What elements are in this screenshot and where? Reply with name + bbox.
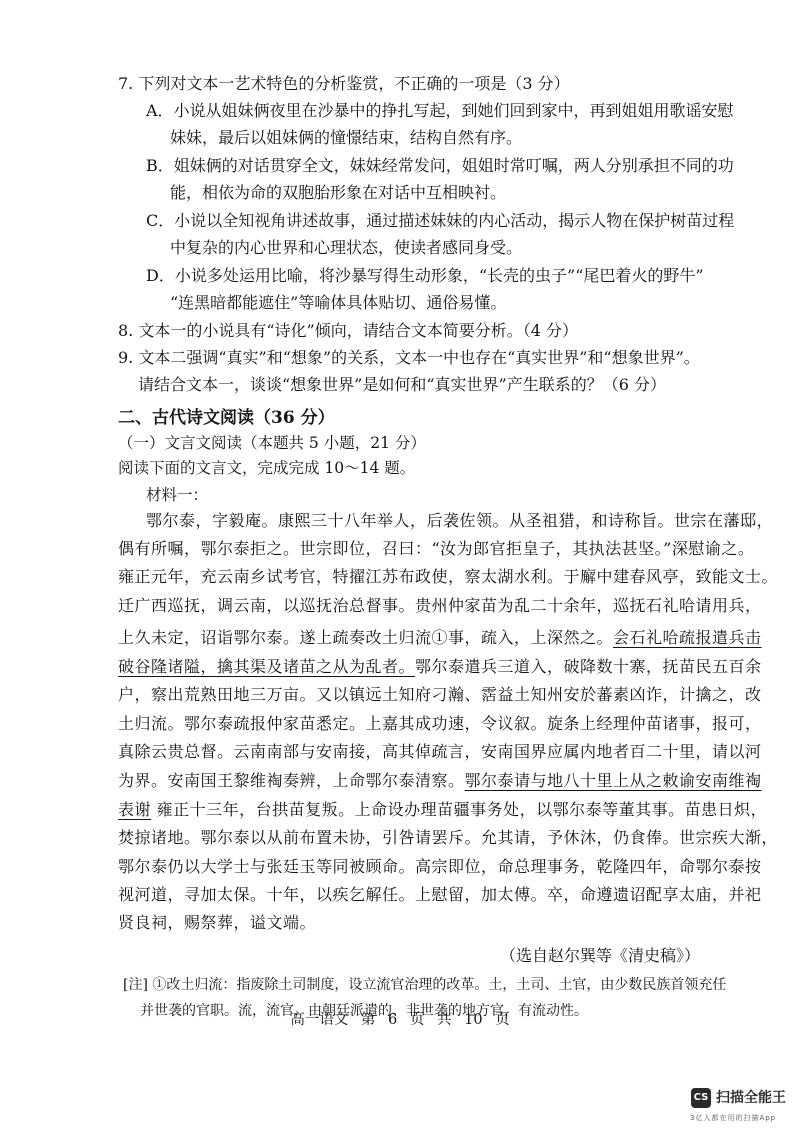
camscanner-slogan: 3亿人都在用的扫描App bbox=[690, 1113, 776, 1123]
material-label: 材料一： bbox=[146, 484, 208, 506]
option-a-line2: 妹妹，最后以姐妹俩的憧憬结束，结构自然有序。 bbox=[170, 127, 522, 149]
exam-page: 7. 下列对文本一艺术特色的分析鉴赏，不正确的一项是（3 分） A．小说从姐妹俩… bbox=[0, 0, 800, 1132]
subsection-title: （一）文言文阅读（本题共 5 小题，21 分） bbox=[118, 432, 426, 454]
question-8: 8. 文本一的小说具有“诗化”倾向，请结合文本简要分析。（4 分） bbox=[118, 320, 578, 342]
option-a-line1: A．小说从姐妹俩夜里在沙暴中的挣扎写起，到她们回到家中，再到姐姐用歌谣安慰 bbox=[146, 100, 734, 122]
question-7-stem: 7. 下列对文本一艺术特色的分析鉴赏，不正确的一项是（3 分） bbox=[118, 73, 570, 95]
instruction: 阅读下面的文言文，完成完成 10～14 题。 bbox=[118, 457, 415, 479]
text-line: 户，察出荒熟田地三万亩。又以镇远土知府刁瀚、霑益土知州安於蕃素凶诈，计擒之，改 bbox=[118, 684, 762, 706]
footnote-line1: [注] ①改土归流：指废除土司制度，设立流官治理的改革。土，土司、土官，由少数民… bbox=[123, 974, 726, 996]
text-line: 土归流。鄂尔泰疏报仲家苗悉定。上嘉其成功速，令议叙。旋条上经理仲苗诸事，报可， bbox=[118, 713, 762, 735]
option-b-line2: 能，相依为命的双胞胎形象在对话中互相映衬。 bbox=[170, 182, 506, 204]
option-d-line2: “连黑暗都能遮住”等喻体具体贴切、通俗易懂。 bbox=[170, 292, 506, 314]
camscanner-logo-icon: CS bbox=[691, 1088, 711, 1108]
camscanner-name: 扫描全能王 bbox=[716, 1088, 786, 1108]
text-line: 上久未定，诏诣鄂尔泰。遂上疏奏改土归流①事，疏入，上深然之。会石礼哈疏报遣兵击 bbox=[118, 627, 762, 649]
text-line: 鄂尔泰仍以大学士与张廷玉等同被顾命。高宗即位，命总理事务，乾隆四年，命鄂尔泰按 bbox=[118, 856, 762, 878]
text-line: 视河道，寻加太保。十年，以疾乞解任。上慰留，加太傅。卒，命遵遗诏配享太庙，并祀 bbox=[118, 884, 762, 906]
underlined-sentence-2a: 鄂尔泰请与地八十里上从之敕谕安南维祹 bbox=[465, 771, 762, 790]
text-line: 迁广西巡抚，调云南，以巡抚治总督事。贵州仲家苗为乱二十余年，巡抚石礼哈请用兵， bbox=[118, 595, 762, 617]
option-c-line2: 中复杂的内心世界和心理状态，使读者感同身受。 bbox=[170, 237, 522, 259]
text-line: 为界。安南国王黎维祹奏辨，上命鄂尔泰清察。鄂尔泰请与地八十里上从之敕谕安南维祹 bbox=[118, 770, 762, 792]
question-9-line1: 9. 文本二强调“真实”和“想象”的关系，文本一中也存在“真实世界”和“想象世界… bbox=[118, 347, 700, 369]
option-c-line1: C．小说以全知视角讲述故事，通过描述妹妹的内心活动，揭示人物在保护树苗过程 bbox=[146, 210, 734, 232]
page-footer: 高一语文 第 6 页 共 10 页 bbox=[0, 1009, 800, 1031]
text-line: 雍正元年，充云南乡试考官，特擢江苏布政使，察太湖水利。于廨中建春风亭，致能文士。 bbox=[118, 566, 778, 588]
option-b-line1: B．姐妹俩的对话贯穿全文，妹妹经常发问，姐姐时常叮嘱，两人分别承担不同的功 bbox=[146, 155, 734, 177]
underlined-sentence-1b: 破谷隆诸隘，擒其渠及诸苗之从为乱者。 bbox=[118, 657, 415, 676]
text-line: 真除云贵总督。云南南部与安南接，高其倬疏言，安南国界应属内地者百二十里，请以河 bbox=[118, 741, 762, 763]
option-d-line1: D．小说多处运用比喻，将沙暴写得生动形象，“长壳的虫子”“尾巴着火的野牛” bbox=[146, 265, 704, 287]
question-9-line2: 请结合文本一，谈谈“想象世界”是如何和“真实世界”产生联系的？（6 分） bbox=[138, 374, 666, 396]
text-line: 焚掠诸地。鄂尔泰以从前布置未协，引咎请罢斥。允其请，予休沐，仍食俸。世宗疾大渐， bbox=[118, 827, 778, 849]
text-line: 破谷隆诸隘，擒其渠及诸苗之从为乱者。鄂尔泰遣兵三道入，破降数十寨，抚苗民五百余 bbox=[118, 656, 762, 678]
source-citation: （选自赵尔巽等《清史稿》） bbox=[500, 945, 700, 967]
underlined-sentence-1a: 会石礼哈疏报遣兵击 bbox=[613, 628, 762, 647]
text-line: 表谢 雍正十三年，台拱苗复叛。上命设办理苗疆事务处，以鄂尔泰等董其事。苗患日炽， bbox=[118, 799, 767, 821]
section-title: 二、古代诗文阅读（36 分） bbox=[118, 407, 335, 429]
text-line: 贤良祠，赐祭葬，谥文端。 bbox=[118, 912, 316, 934]
underlined-sentence-2b: 表谢 bbox=[118, 800, 151, 819]
text-line: 偶有所嘱，鄂尔泰拒之。世宗即位，召曰：“汝为郎官拒皇子，其执法甚坚。”深慰谕之。 bbox=[118, 538, 754, 560]
text-line: 鄂尔泰，字毅庵。康熙三十八年举人，后袭佐领。从圣祖猎，和诗称旨。世宗在藩邸， bbox=[146, 510, 773, 532]
